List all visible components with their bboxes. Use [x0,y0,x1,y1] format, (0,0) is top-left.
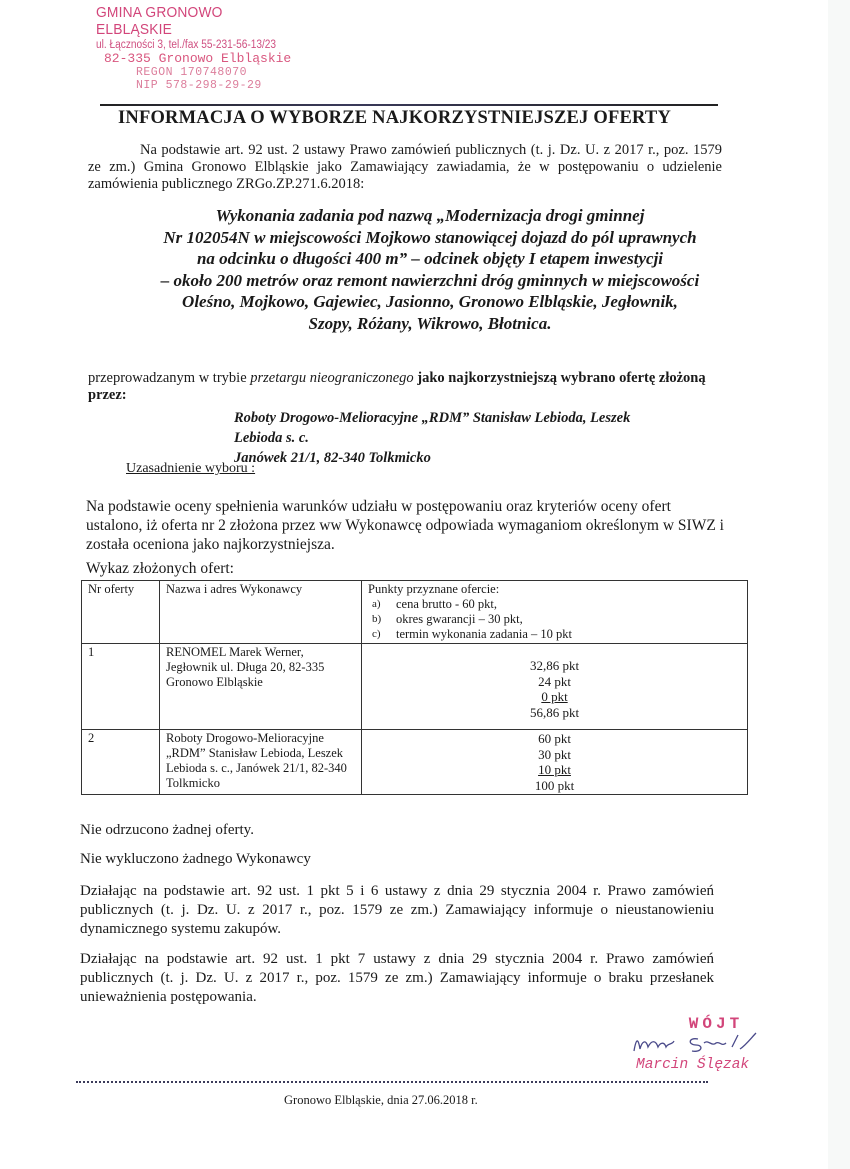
points-price: 60 pkt [368,731,741,747]
offer-points: 32,86 pkt 24 pkt 0 pkt 56,86 pkt [362,644,748,730]
subject-line: Oleśno, Mojkowo, Gajewiec, Jasionno, Gro… [120,291,740,313]
subject-line: na odcinku o długości 400 m” – odcinek o… [120,248,740,270]
selection-statement: przeprowadzanym w trybie przetargu nieog… [88,370,720,404]
header-name: Nazwa i adres Wykonawcy [160,581,362,644]
points-price: 32,86 pkt [368,658,741,674]
points-total: 100 pkt [368,778,741,794]
stamp-address: ul. Łączności 3, tel./fax 55-231-56-13/2… [96,39,293,51]
winning-contractor: Roboty Drogowo-Melioracyjne „RDM” Stanis… [234,408,714,468]
offer-nr: 2 [82,730,160,795]
offers-table: Nr oferty Nazwa i adres Wykonawcy Punkty… [81,580,748,795]
criterion-item: a)cena brutto - 60 pkt, [368,597,741,612]
handwritten-signature-icon [628,1029,768,1057]
table-row: 1 RENOMEL Marek Werner, Jegłownik ul. Dł… [82,644,748,730]
header-nr: Nr oferty [82,581,160,644]
offer-contractor: RENOMEL Marek Werner, Jegłownik ul. Dług… [160,644,362,730]
stamp-nip: NIP 578-298-29-29 [136,79,320,92]
points-warranty: 24 pkt [368,674,741,690]
stamp-org: GMINA GRONOWO ELBLĄSKIE [96,4,302,38]
subject-line: Szopy, Różany, Wikrowo, Błotnica. [120,313,740,335]
intro-paragraph: Na podstawie art. 92 ust. 2 ustawy Prawo… [88,142,722,193]
criterion-letter: b) [368,612,396,627]
no-exclusions-statement: Nie wykluczono żadnego Wykonawcy [80,850,714,869]
header-points-label: Punkty przyznane ofercie: [368,582,741,597]
criterion-text: cena brutto - 60 pkt, [396,597,497,612]
subject-line: Wykonania zadania pod nazwą „Modernizacj… [120,205,740,227]
place-and-date: Gronowo Elbląskie, dnia 27.06.2018 r. [284,1093,478,1108]
table-header-row: Nr oferty Nazwa i adres Wykonawcy Punkty… [82,581,748,644]
offer-nr: 1 [82,644,160,730]
points-warranty: 30 pkt [368,747,741,763]
criterion-item: c)termin wykonania zadania – 10 pkt [368,627,741,642]
no-annulment-statement: Działając na podstawie art. 92 ust. 1 pk… [80,950,714,1007]
intro-text: Na podstawie art. 92 ust. 2 ustawy Prawo… [88,142,722,192]
document-title: INFORMACJA O WYBORZE NAJKORZYSTNIEJSZEJ … [118,108,671,129]
procedure-mode: przetargu nieograniczonego [250,370,413,386]
offer-contractor: Roboty Drogowo-Melioracyjne „RDM” Stanis… [160,730,362,795]
signature-block: WÓJT Marcin Ślęzak [628,1015,778,1033]
subject-line: Nr 102054N w miejscowości Mojkowo stanow… [120,227,740,249]
footer-dotted-rule [76,1081,708,1083]
winner-line: Roboty Drogowo-Melioracyjne „RDM” Stanis… [234,408,714,428]
contract-subject: Wykonania zadania pod nazwą „Modernizacj… [120,205,740,334]
title-rule [100,104,718,106]
criterion-item: b)okres gwarancji – 30 pkt, [368,612,741,627]
criteria-list: a)cena brutto - 60 pkt, b)okres gwarancj… [368,597,741,642]
no-rejections-statement: Nie odrzucono żadnej oferty. [80,821,714,840]
offer-points: 60 pkt 30 pkt 10 pkt 100 pkt [362,730,748,795]
criterion-text: okres gwarancji – 30 pkt, [396,612,523,627]
stamp-regon: REGON 170748070 [136,66,320,79]
criterion-letter: c) [368,627,396,642]
subject-line: – około 200 metrów oraz remont nawierzch… [120,270,740,292]
justification-text: Na podstawie oceny spełnienia warunków u… [86,497,726,554]
criterion-letter: a) [368,597,396,612]
criterion-text: termin wykonania zadania – 10 pkt [396,627,572,642]
header-points: Punkty przyznane ofercie: a)cena brutto … [362,581,748,644]
signatory-name: Marcin Ślęzak [636,1057,749,1073]
stamp-city: 82-335 Gronowo Elbląskie [104,51,320,66]
justification-label: Uzasadnienie wyboru : [126,461,255,477]
points-deadline: 10 pkt [368,762,741,778]
points-total: 56,86 pkt [368,705,741,721]
points-deadline: 0 pkt [368,689,741,705]
table-row: 2 Roboty Drogowo-Melioracyjne „RDM” Stan… [82,730,748,795]
municipality-stamp: GMINA GRONOWO ELBLĄSKIE ul. Łączności 3,… [90,4,320,92]
winner-line: Janówek 21/1, 82-340 Tolkmicko [234,448,714,468]
scan-page-edge [828,0,850,1169]
offers-label: Wykaz złożonych ofert: [86,560,234,578]
selection-prefix: przeprowadzanym w trybie [88,370,250,386]
winner-line: Lebioda s. c. [234,428,714,448]
dps-statement: Działając na podstawie art. 92 ust. 1 pk… [80,882,714,939]
